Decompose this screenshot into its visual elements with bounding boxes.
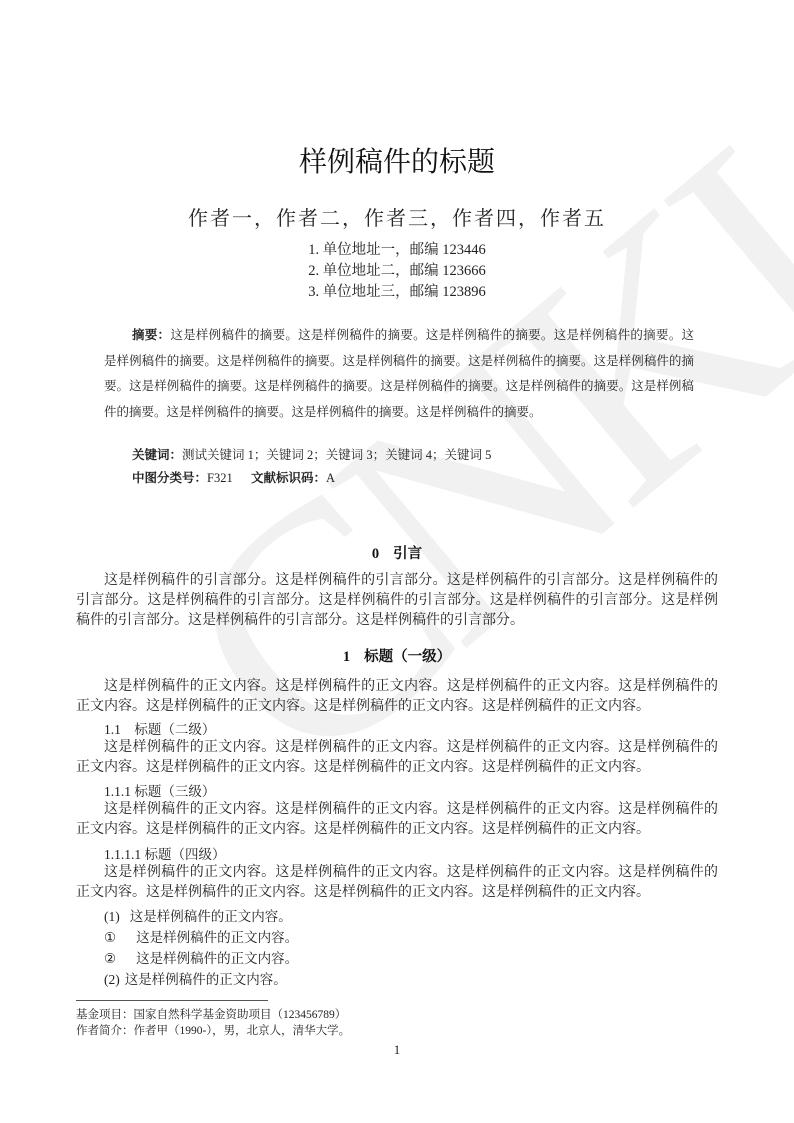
doc-code-value: A [326, 471, 335, 485]
list-marker: (1) [104, 909, 120, 924]
paper-page: CNKI 样例稿件的标题 作者一，作者二，作者三，作者四，作者五 1. 单位地址… [0, 0, 794, 1123]
page-number: 1 [0, 1042, 794, 1058]
clc-label: 中图分类号： [132, 471, 207, 485]
subsection-1-1-paragraph: 这是样例稿件的正文内容。这是样例稿件的正文内容。这是样例稿件的正文内容。这是样例… [76, 738, 718, 778]
clc-value: F321 [207, 471, 233, 485]
section-heading-intro: 0引言 [0, 542, 794, 563]
doc-code-label: 文献标识码： [251, 471, 326, 485]
subsection-1-1-1-paragraph: 这是样例稿件的正文内容。这是样例稿件的正文内容。这是样例稿件的正文内容。这是样例… [76, 800, 718, 840]
author-list: 作者一，作者二，作者三，作者四，作者五 [0, 202, 794, 231]
list-text: 这是样例稿件的正文内容。 [125, 972, 287, 987]
affiliation-3: 3. 单位地址三，邮编 123896 [0, 280, 794, 301]
section-number: 1 [343, 649, 350, 665]
list-item: ②这是样例稿件的正文内容。 [104, 947, 298, 967]
keywords-text: 测试关键词 1；关键词 2；关键词 3；关键词 4；关键词 5 [182, 448, 491, 462]
paper-title: 样例稿件的标题 [0, 140, 794, 180]
list-marker: (2) [104, 972, 120, 987]
list-item: (2)这是样例稿件的正文内容。 [104, 968, 287, 988]
subsection-heading-1-1-1: 1.1.1 标题（三级） [104, 780, 215, 800]
footnote-author-bio: 作者简介：作者甲（1990-），男，北京人，清华大学。 [76, 1022, 350, 1038]
affiliation-1: 1. 单位地址一，邮编 123446 [0, 238, 794, 259]
subsection-heading-1-1-1-1: 1.1.1.1 标题（四级） [104, 843, 226, 863]
list-item: (1)这是样例稿件的正文内容。 [104, 905, 292, 925]
list-text: 这是样例稿件的正文内容。 [136, 930, 298, 945]
section-title: 引言 [393, 546, 422, 562]
keywords-label: 关键词： [132, 448, 182, 462]
subsection-1-1-1-1-paragraph: 这是样例稿件的正文内容。这是样例稿件的正文内容。这是样例稿件的正文内容。这是样例… [76, 863, 718, 903]
section-title: 标题（一级） [364, 649, 451, 665]
list-item: ①这是样例稿件的正文内容。 [104, 926, 298, 946]
list-marker: ② [104, 951, 116, 966]
footnote-divider [76, 1000, 268, 1001]
keywords: 关键词：测试关键词 1；关键词 2；关键词 3；关键词 4；关键词 5 [132, 445, 491, 463]
list-marker: ① [104, 930, 116, 945]
section-heading-1: 1标题（一级） [0, 645, 794, 666]
footnote-funding: 基金项目：国家自然科学基金资助项目（123456789） [76, 1006, 346, 1022]
abstract: 摘要：这是样例稿件的摘要。这是样例稿件的摘要。这是样例稿件的摘要。这是样例稿件的… [104, 323, 694, 425]
abstract-text: 这是样例稿件的摘要。这是样例稿件的摘要。这是样例稿件的摘要。这是样例稿件的摘要。… [104, 328, 694, 419]
intro-paragraph: 这是样例稿件的引言部分。这是样例稿件的引言部分。这是样例稿件的引言部分。这是样例… [76, 571, 718, 631]
section-number: 0 [372, 546, 379, 562]
abstract-label: 摘要： [132, 328, 170, 342]
subsection-heading-1-1: 1.1 标题（二级） [104, 718, 215, 738]
list-text: 这是样例稿件的正文内容。 [130, 909, 292, 924]
classification-line: 中图分类号：F321 文献标识码：A [132, 468, 335, 486]
list-text: 这是样例稿件的正文内容。 [136, 951, 298, 966]
affiliation-2: 2. 单位地址二，邮编 123666 [0, 259, 794, 280]
section-1-paragraph: 这是样例稿件的正文内容。这是样例稿件的正文内容。这是样例稿件的正文内容。这是样例… [76, 677, 718, 717]
